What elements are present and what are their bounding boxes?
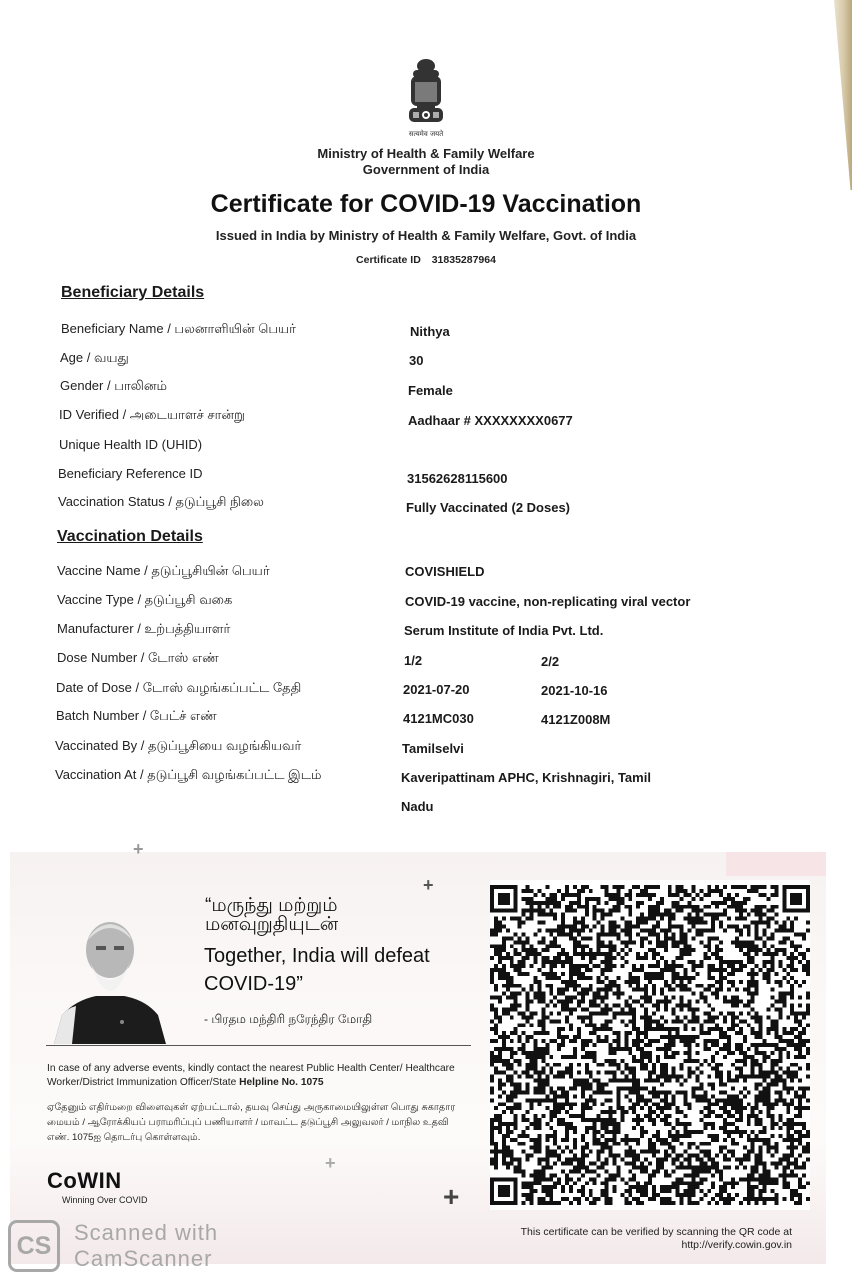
age-value: 30 (409, 353, 423, 368)
beneficiary-reference-id-label: Beneficiary Reference ID (58, 466, 203, 481)
gender-value: Female (408, 383, 453, 398)
registration-mark-icon: + (325, 1154, 336, 1172)
vaccinated-by-value: Tamilselvi (402, 741, 464, 756)
vaccine-name-value: COVISHIELD (405, 564, 484, 579)
quote-attribution: - பிரதம மந்திரி நரேந்திர மோதி (204, 1012, 372, 1028)
camscanner-watermark: Scanned with CamScanner (74, 1220, 218, 1272)
registration-mark-icon: + (443, 1183, 459, 1211)
national-emblem-icon: सत्यमेव जयते (401, 56, 451, 140)
vaccination-status-value: Fully Vaccinated (2 Doses) (406, 500, 570, 515)
certificate-id-label: Certificate ID (356, 254, 421, 266)
adverse-events-notice-ta: ஏதேனும் எதிர்மறை விளைவுகள் ஏற்பட்டால், த… (47, 1100, 467, 1145)
ministry-name: Ministry of Health & Family Welfare (0, 146, 852, 161)
vaccination-details-heading: Vaccination Details (57, 528, 203, 546)
batch-number-value-2: 4121Z008M (541, 712, 610, 727)
dose-number-label: Dose Number / டோஸ் எண் (57, 650, 219, 667)
vaccine-name-label: Vaccine Name / தடுப்பூசியின் பெயர் (57, 563, 270, 580)
registration-mark-icon: + (133, 840, 144, 858)
beneficiary-name-label: Beneficiary Name / பலனாளியின் பெயர் (61, 321, 296, 338)
beneficiary-name-value: Nithya (410, 324, 450, 339)
beneficiary-details-heading: Beneficiary Details (61, 284, 204, 302)
manufacturer-value: Serum Institute of India Pvt. Ltd. (404, 623, 603, 638)
svg-text:सत्यमेव जयते: सत्यमेव जयते (409, 129, 444, 138)
dose-number-value-1: 1/2 (404, 653, 422, 668)
date-of-dose-value-1: 2021-07-20 (403, 682, 470, 697)
camscanner-logo-icon: CS (8, 1220, 60, 1272)
age-label: Age / வயது (60, 350, 129, 367)
vaccinated-by-label: Vaccinated By / தடுப்பூசியை வழங்கியவர் (55, 738, 301, 755)
adverse-events-notice-en: In case of any adverse events, kindly co… (47, 1062, 467, 1090)
gender-label: Gender / பாலினம் (60, 378, 167, 395)
helpline-number: Helpline No. 1075 (239, 1077, 323, 1088)
date-of-dose-value-2: 2021-10-16 (541, 683, 608, 698)
registration-mark-icon: + (423, 876, 434, 894)
vaccination-at-value: Kaveripattinam APHC, Krishnagiri, Tamil (401, 770, 651, 785)
quote-english: Together, India will defeat COVID-19” (204, 942, 464, 998)
verify-url[interactable]: http://verify.cowin.gov.in (452, 1239, 792, 1252)
qr-code-icon (490, 880, 810, 1210)
vaccine-type-label: Vaccine Type / தடுப்பூசி வகை (57, 592, 232, 609)
manufacturer-label: Manufacturer / உற்பத்தியாளர் (57, 621, 230, 638)
certificate-id-value: 31835287964 (432, 254, 496, 266)
vaccine-type-value: COVID-19 vaccine, non-replicating viral … (405, 594, 690, 609)
batch-number-label: Batch Number / பேட்ச் எண் (56, 708, 217, 725)
vaccination-at-label: Vaccination At / தடுப்பூசி வழங்கப்பட்ட இ… (55, 767, 322, 784)
prime-minister-photo (46, 910, 174, 1044)
beneficiary-reference-id-value: 31562628115600 (407, 471, 508, 486)
uhid-label: Unique Health ID (UHID) (59, 437, 202, 452)
cowin-tagline: Winning Over COVID (62, 1195, 148, 1205)
date-of-dose-label: Date of Dose / டோஸ் வழங்கப்பட்ட தேதி (56, 680, 301, 697)
verification-qr-code[interactable] (490, 880, 810, 1210)
cowin-logo: CoWIN (47, 1168, 122, 1194)
divider (46, 1045, 471, 1046)
issued-by: Issued in India by Ministry of Health & … (0, 228, 852, 243)
certificate-id: Certificate ID 31835287964 (0, 254, 852, 266)
dose-number-value-2: 2/2 (541, 654, 559, 669)
vaccination-status-label: Vaccination Status / தடுப்பூசி நிலை (58, 494, 264, 511)
vaccination-at-value-cont: Nadu (401, 799, 434, 814)
verify-notice: This certificate can be verified by scan… (452, 1226, 792, 1252)
quote-tamil: “மருந்து மற்றும் மனவுறுதியுடன் (205, 896, 445, 934)
batch-number-value-1: 4121MC030 (403, 711, 474, 726)
id-verified-value: Aadhaar # XXXXXXXX0677 (408, 413, 573, 428)
government-name: Government of India (0, 162, 852, 177)
id-verified-label: ID Verified / அடையாளச் சான்று (59, 407, 245, 424)
certificate-title: Certificate for COVID-19 Vaccination (0, 190, 852, 219)
